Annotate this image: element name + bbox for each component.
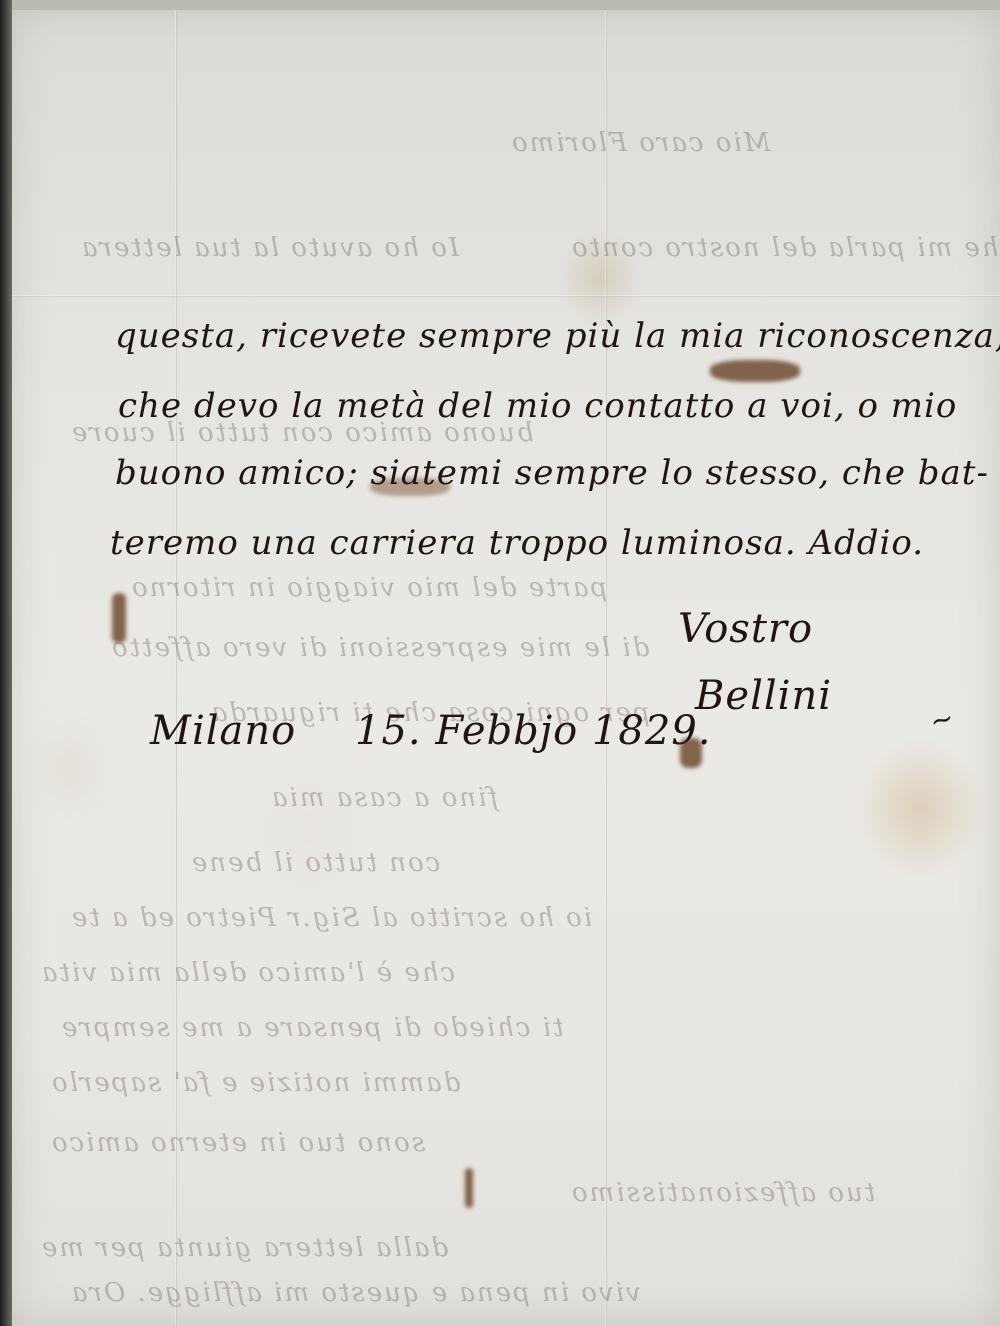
bleed-through-line: dalla lettera giunta per me — [40, 1233, 448, 1263]
letter-sheet: Mio caro Florimo Io ho avuto la tua lett… — [10, 8, 1000, 1326]
scan-left-edge — [0, 0, 12, 1326]
bleed-through-line: con tutto il bene — [190, 848, 440, 878]
ink-stain — [112, 593, 126, 643]
bleed-through-line: di le mie espressioni di vero affetto — [110, 633, 649, 663]
bleed-through-line: dammi notizie e fa' saperlo — [50, 1068, 460, 1098]
bleed-through-line: io ho scritto al Sig.r Pietro ed a te — [70, 903, 592, 933]
letter-line-2: che devo la metà del mio contatto a voi,… — [118, 386, 957, 426]
bleed-through-line: Io ho avuto la tua lettera — [80, 233, 459, 263]
valediction: Vostro — [678, 606, 813, 652]
letter-line-3: buono amico; siatemi sempre lo stesso, c… — [115, 453, 989, 493]
bleed-through-line: Mio caro Florimo — [510, 128, 770, 158]
horizontal-fold — [10, 295, 1000, 297]
signature: Bellini — [695, 673, 832, 719]
vertical-fold-center — [605, 8, 607, 1326]
ink-stain — [710, 360, 800, 382]
bleed-through-line: vivo in pena e questo mi affligge. Ora — [70, 1278, 641, 1308]
bleed-through-line: tuo affezionatissimo — [570, 1178, 875, 1208]
bleed-through-line: sono tuo in eterno amico — [50, 1128, 425, 1158]
dateline-place: Milano — [150, 708, 296, 754]
bleed-through-line: parte del mio viaggio in ritorno — [130, 573, 607, 603]
bleed-through-line: fino a casa mia — [270, 783, 498, 813]
bleed-through-line: che è l'amico della mia vita — [40, 958, 455, 988]
bleed-through-line: che mi parla del nostro conto — [570, 233, 1000, 263]
bleed-through-line: ti chiedo di pensare a me sempre — [60, 1013, 563, 1043]
letter-line-1: questa, ricevete sempre più la mia ricon… — [115, 316, 1000, 356]
ink-stain — [465, 1168, 473, 1208]
scan-top-edge — [0, 0, 1000, 10]
letter-line-4: teremo una carriera troppo luminosa. Add… — [110, 523, 924, 563]
dateline-date: 15. Febbjo 1829. — [355, 708, 712, 754]
signature-flourish: ~ — [926, 700, 958, 738]
